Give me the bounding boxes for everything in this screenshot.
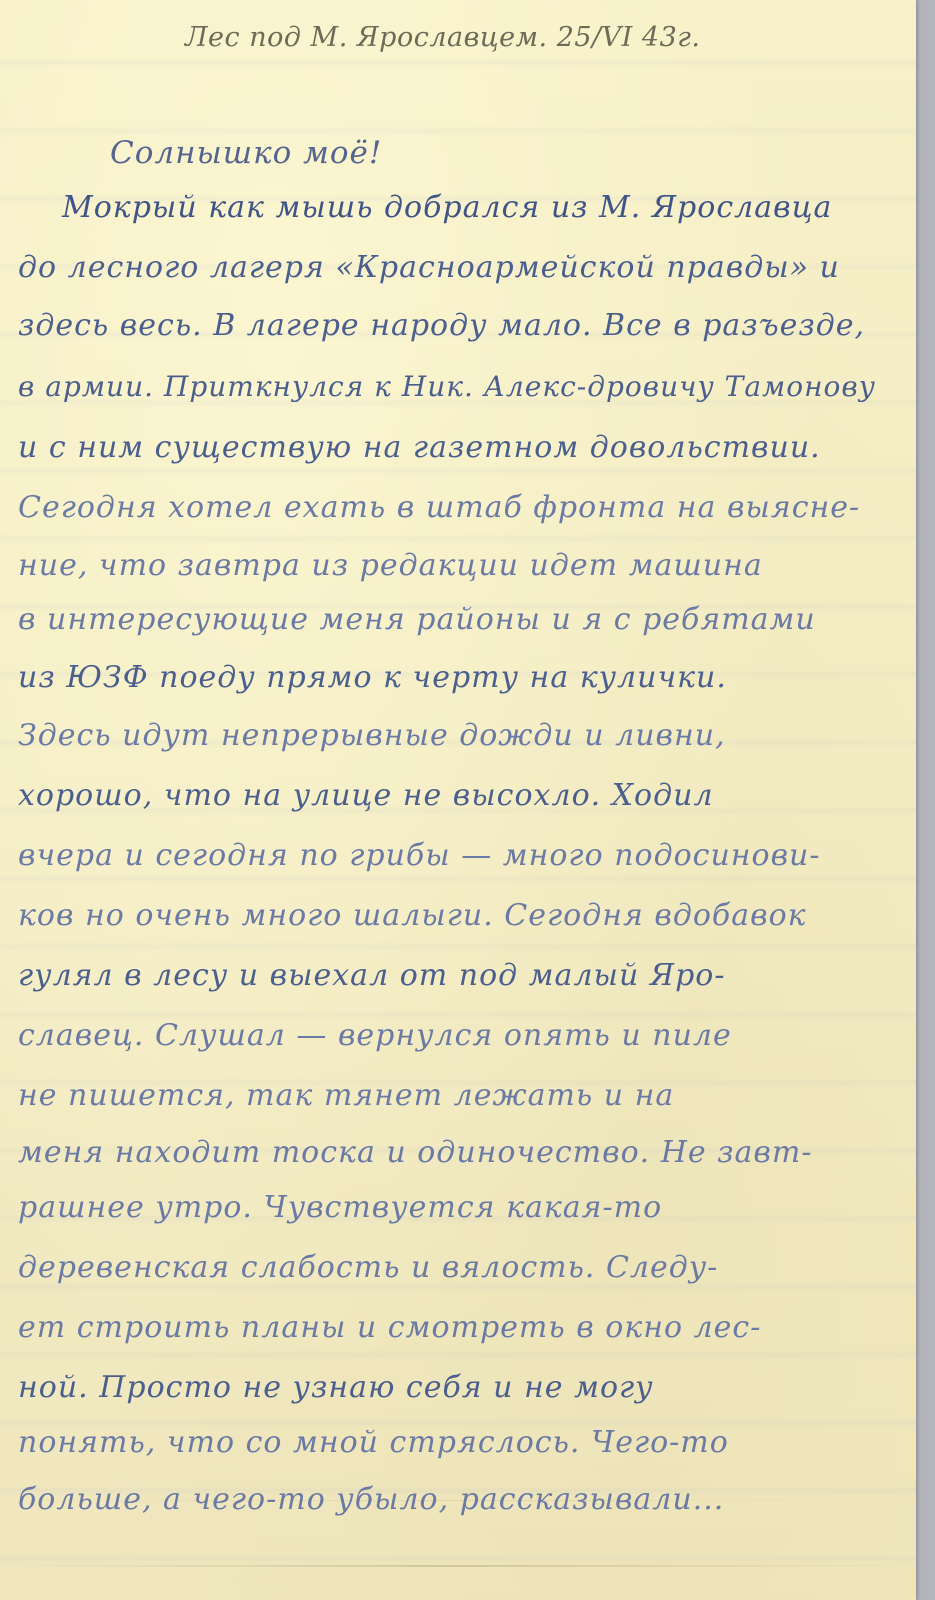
paper-fold xyxy=(0,1565,916,1567)
letter-line: рашнее утро. Чувствуется какая-то xyxy=(18,1190,662,1225)
letter-line: ков но очень много шалыги. Сегодня вдоба… xyxy=(18,898,807,933)
letter-line: больше, а чего-то убыло, рассказывали... xyxy=(18,1482,724,1517)
letter-salutation: Солнышко моё! xyxy=(110,135,382,171)
letter-line: Здесь идут непрерывные дожди и ливни, xyxy=(18,718,726,753)
letter-line: вчера и сегодня по грибы — много подосин… xyxy=(18,838,821,873)
letter-line: в интересующие меня районы и я с ребятам… xyxy=(18,602,816,637)
letter-line: здесь весь. В лагере народу мало. Все в … xyxy=(18,308,865,343)
letter-line: ет строить планы и смотреть в окно лес- xyxy=(18,1310,761,1345)
letter-line: Мокрый как мышь добрался из М. Ярославца xyxy=(62,190,832,225)
letter-line: понять, что со мной стряслось. Чего-то xyxy=(18,1425,729,1460)
letter-line: ние, что завтра из редакции идет машина xyxy=(18,548,763,583)
letter-line: Сегодня хотел ехать в штаб фронта на выя… xyxy=(18,490,860,525)
letter-line: до лесного лагеря «Красноармейской правд… xyxy=(18,250,840,285)
letter-line: и с ним существую на газетном довольстви… xyxy=(18,430,821,465)
letter-line: из ЮЗФ поеду прямо к черту на кулички. xyxy=(18,660,727,695)
letter-line: меня находит тоска и одиночество. Не зав… xyxy=(18,1135,812,1170)
letter-line: гулял в лесу и выехал от под малый Яро- xyxy=(18,958,725,993)
letter-line: деревенская слабость и вялость. Следу- xyxy=(18,1250,718,1285)
letter-line: хорошо, что на улице не высохло. Ходил xyxy=(18,778,714,813)
letter-page: Лес под М. Ярославцем. 25/VI 43г. Солныш… xyxy=(0,0,916,1600)
letter-line: славец. Слушал — вернулся опять и пиле xyxy=(18,1018,732,1053)
letter-line: не пишется, так тянет лежать и на xyxy=(18,1078,674,1113)
letter-line: в армии. Приткнулся к Ник. Алекс-дровичу… xyxy=(18,370,876,403)
letter-header-place-date: Лес под М. Ярославцем. 25/VI 43г. xyxy=(185,22,701,53)
letter-line: ной. Просто не узнаю себя и не могу xyxy=(18,1370,654,1405)
